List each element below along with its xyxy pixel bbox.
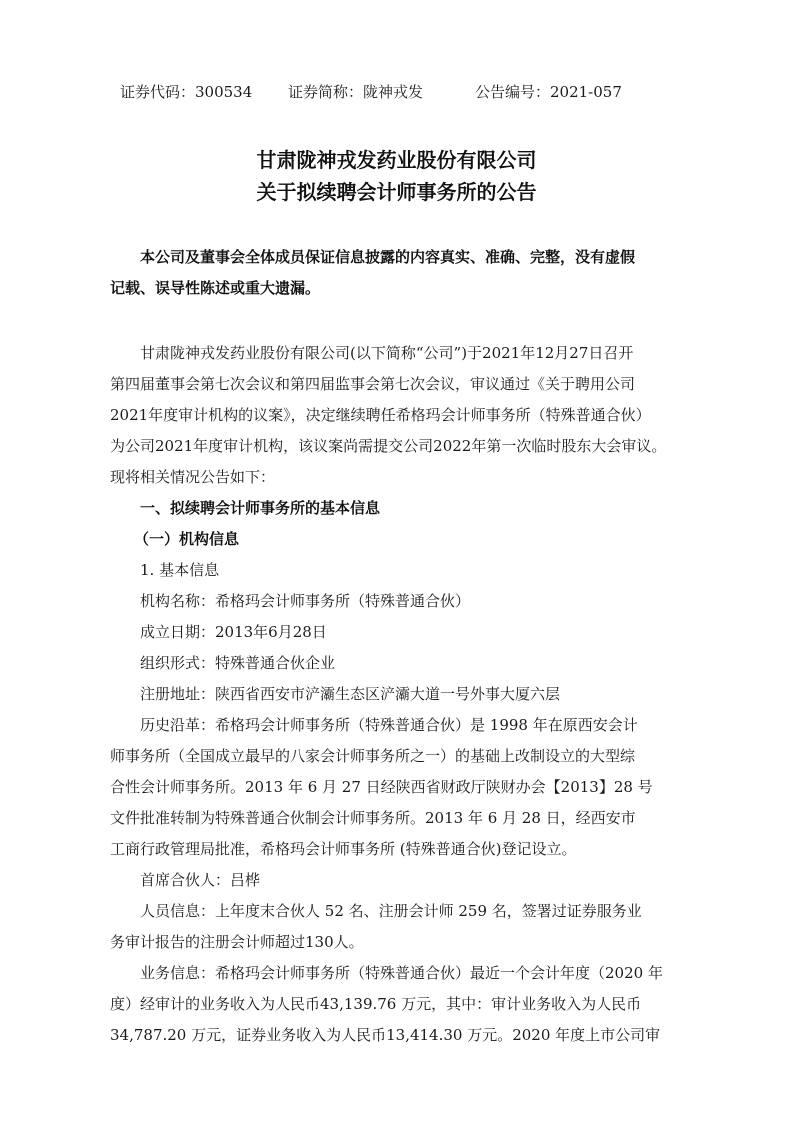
stock-abbreviation: 证券简称：陇神戎发: [288, 82, 423, 102]
business-line: 业务信息：希格玛会计师事务所（特殊普通合伙）最近一个会计年度（2020 年: [110, 958, 680, 989]
company-title: 甘肃陇神戎发药业股份有限公司: [0, 146, 793, 174]
chief-partner: 首席合伙人：吕桦: [110, 865, 680, 896]
section-heading: 一、拟续聘会计师事务所的基本信息: [110, 493, 680, 524]
subsection-heading: （一）机构信息: [110, 524, 680, 555]
history-line: 合性会计师事务所。2013 年 6 月 27 日经陕西省财政厅陕财办会【2013…: [110, 772, 680, 803]
intro-line: 2021年度审计机构的议案》，决定继续聘任希格玛会计师事务所（特殊普通合伙）: [110, 400, 680, 431]
notice-body: 甘肃陇神戎发药业股份有限公司(以下简称“公司”)于2021年12月27日召开 第…: [110, 338, 680, 1051]
document-page: 证券代码：300534 证券简称：陇神戎发 公告编号：2021-057 甘肃陇神…: [0, 0, 793, 1122]
field-institution-name: 机构名称：希格玛会计师事务所（特殊普通合伙）: [110, 586, 680, 617]
field-founded-date: 成立日期：2013年6月28日: [110, 617, 680, 648]
field-registered-address: 注册地址：陕西省西安市浐灞生态区浐灞大道一号外事大厦六层: [110, 679, 680, 710]
business-line: 度）经审计的业务收入为人民币43,139.76 万元，其中：审计业务收入为人民币: [110, 989, 680, 1020]
business-line: 34,787.20 万元，证券业务收入为人民币13,414.30 万元。2020…: [110, 1020, 680, 1051]
field-org-form: 组织形式：特殊普通合伙企业: [110, 648, 680, 679]
personnel-line: 务审计报告的注册会计师超过130人。: [110, 927, 680, 958]
intro-line: 甘肃陇神戎发药业股份有限公司(以下简称“公司”)于2021年12月27日召开: [110, 338, 680, 369]
history-line: 师事务所（全国成立最早的八家会计师事务所之一）的基础上改制设立的大型综: [110, 741, 680, 772]
disclosure-statement: 本公司及董事会全体成员保证信息披露的内容真实、准确、完整，没有虚假 记载、误导性…: [110, 242, 680, 304]
history-line: 文件批准转制为特殊普通合伙制会计师事务所。2013 年 6 月 28 日，经西安…: [110, 803, 680, 834]
intro-line: 为公司2021年度审计机构，该议案尚需提交公司2022年第一次临时股东大会审议。: [110, 431, 680, 462]
intro-line: 现将相关情况公告如下：: [110, 462, 680, 493]
notice-number: 公告编号：2021-057: [475, 82, 622, 102]
intro-line: 第四届董事会第七次会议和第四届监事会第七次会议，审议通过《关于聘用公司: [110, 369, 680, 400]
history-line: 历史沿革：希格玛会计师事务所（特殊普通合伙）是 1998 年在原西安会计: [110, 710, 680, 741]
statement-line: 记载、误导性陈述或重大遗漏。: [110, 273, 680, 304]
history-line: 工商行政管理局批准，希格玛会计师事务所 (特殊普通合伙)登记设立。: [110, 834, 680, 865]
statement-line: 本公司及董事会全体成员保证信息披露的内容真实、准确、完整，没有虚假: [110, 242, 680, 273]
item-title: 1. 基本信息: [110, 555, 680, 586]
notice-title: 关于拟续聘会计师事务所的公告: [0, 178, 793, 206]
personnel-line: 人员信息：上年度末合伙人 52 名、注册会计师 259 名，签署过证券服务业: [110, 896, 680, 927]
stock-code: 证券代码：300534: [120, 82, 252, 102]
